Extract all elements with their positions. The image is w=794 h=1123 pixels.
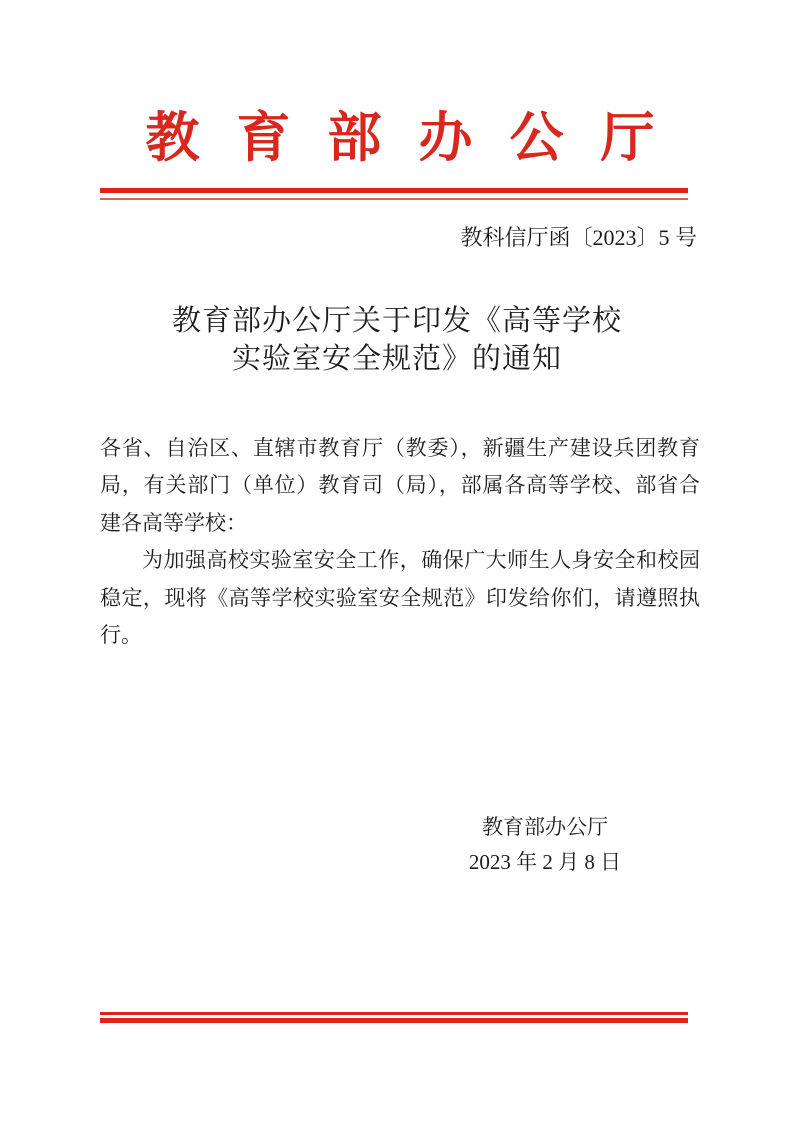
footer-thin-line xyxy=(100,1012,688,1015)
body-text-line: 建各高等学校： xyxy=(100,505,700,542)
footer-thick-line xyxy=(100,1018,688,1023)
separator-thick-line xyxy=(100,188,688,193)
official-notice-page: 教育部办公厅 教科信厅函〔2023〕5 号 教育部办公厅关于印发《高等学校 实验… xyxy=(0,0,794,1123)
body-text-line: 各省、自治区、直辖市教育厅（教委），新疆生产建设兵团教育 xyxy=(100,430,700,467)
document-number: 教科信厅函〔2023〕5 号 xyxy=(460,222,697,254)
document-title-line1: 教育部办公厅关于印发《高等学校 xyxy=(97,302,697,340)
body-text-line: 局，有关部门（单位）教育司（局），部属各高等学校、部省合 xyxy=(100,467,700,504)
body-text-line: 稳定，现将《高等学校实验室安全规范》印发给你们，请遵照执 xyxy=(100,580,700,617)
addressee-paragraph: 各省、自治区、直辖市教育厅（教委），新疆生产建设兵团教育 局，有关部门（单位）教… xyxy=(100,430,700,542)
separator-thin-line xyxy=(100,198,688,200)
body-text-line: 行。 xyxy=(100,617,700,654)
letterhead-separator xyxy=(100,188,688,200)
letterhead-agency-name: 教育部办公厅 xyxy=(100,104,700,172)
signature-block: 教育部办公厅 2023 年 2 月 8 日 xyxy=(395,810,695,880)
signature-date: 2023 年 2 月 8 日 xyxy=(395,845,695,880)
document-body: 各省、自治区、直辖市教育厅（教委），新疆生产建设兵团教育 局，有关部门（单位）教… xyxy=(100,430,700,654)
footer-separator xyxy=(100,1012,688,1023)
document-title-line2: 实验室安全规范》的通知 xyxy=(97,340,697,378)
body-text-line: 为加强高校实验室安全工作，确保广大师生人身安全和校园 xyxy=(100,542,700,579)
document-title: 教育部办公厅关于印发《高等学校 实验室安全规范》的通知 xyxy=(97,302,697,378)
signer-name: 教育部办公厅 xyxy=(395,810,695,845)
notice-paragraph: 为加强高校实验室安全工作，确保广大师生人身安全和校园 稳定，现将《高等学校实验室… xyxy=(100,542,700,654)
